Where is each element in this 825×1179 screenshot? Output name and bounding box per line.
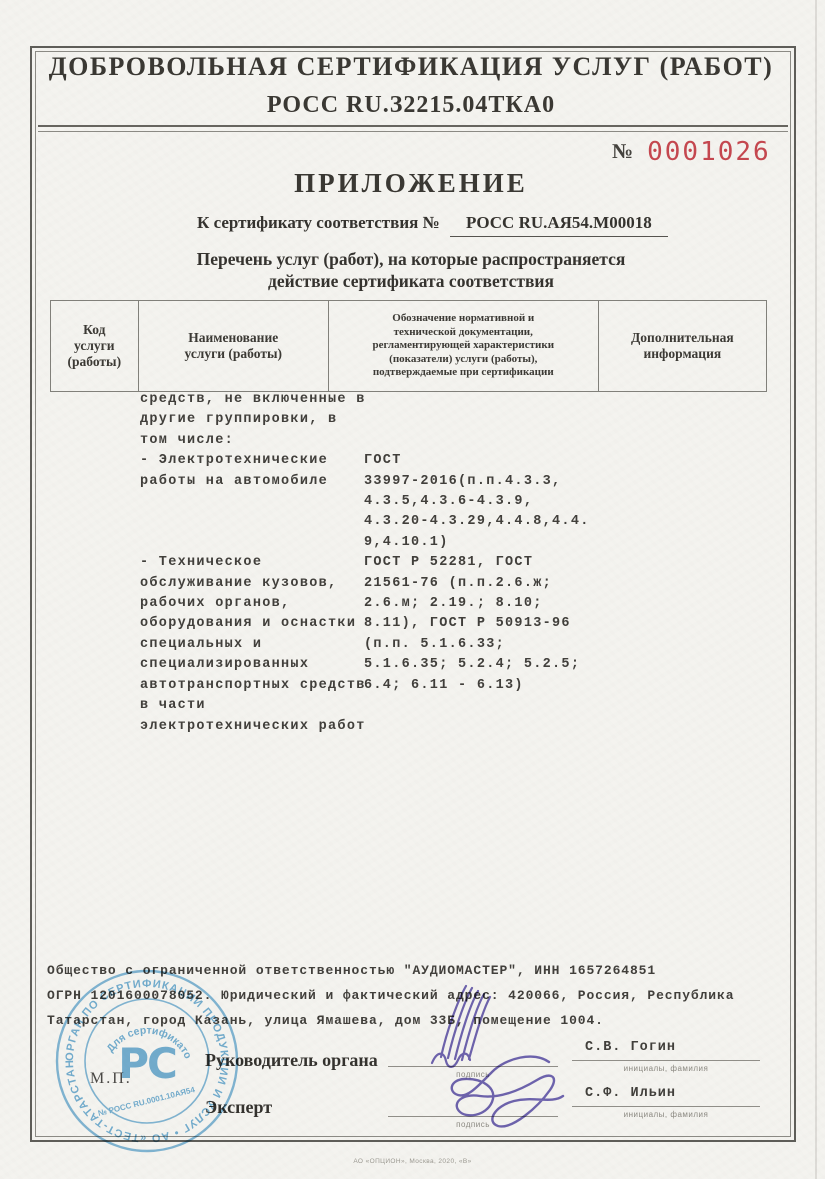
table-col-additional-info: Дополнительная информация — [599, 301, 766, 391]
header-separator-line — [38, 125, 788, 132]
name-line-1 — [572, 1044, 760, 1061]
scheme-title: ДОБРОВОЛЬНАЯ СЕРТИФИКАЦИЯ УСЛУГ (РАБОТ) — [30, 52, 792, 82]
name-caption-1: инициалы, фамилия — [572, 1064, 760, 1073]
certification-stamp-icon: ОРГАН ПО СЕРТИФИКАЦИИ ПРОДУКЦИИ И УСЛУГ … — [52, 966, 242, 1156]
name-caption-2: инициалы, фамилия — [572, 1110, 760, 1119]
signature-line-1 — [388, 1050, 558, 1067]
stamp-rc-logo: РС — [118, 1039, 176, 1088]
document-title: ПРИЛОЖЕНИЕ — [30, 168, 792, 199]
blank-number-digits: 0001026 — [647, 137, 771, 167]
signature-line-2 — [388, 1100, 558, 1117]
table-col-service-code: Код услуги (работы) — [51, 301, 139, 391]
blank-number: № 0001026 — [612, 137, 771, 167]
number-sign: № — [612, 139, 633, 163]
services-table-header: Код услуги (работы) Наименование услуги … — [50, 300, 767, 392]
certificate-reference-line: К сертификату соответствия № РОСС RU.АЯ5… — [197, 213, 668, 237]
form-imprint: АО «ОПЦИОН», Москва, 2020, «В» — [0, 1158, 825, 1165]
signature-caption-2: подпись — [388, 1120, 558, 1129]
name-line-2 — [572, 1090, 760, 1107]
services-list-subtitle: Перечень услуг (работ), на которые распр… — [30, 248, 792, 292]
scan-edge-shadow — [815, 0, 817, 1179]
certificate-appendix-page: ДОБРОВОЛЬНАЯ СЕРТИФИКАЦИЯ УСЛУГ (РАБОТ) … — [0, 0, 825, 1179]
table-col-normative-docs: Обозначение нормативной и технической до… — [329, 301, 599, 391]
certificate-number: РОСС RU.АЯ54.М00018 — [450, 213, 668, 237]
service-names-column: средств, не включенные в другие группиро… — [140, 390, 366, 737]
signature-caption-1: подпись — [388, 1070, 558, 1079]
table-col-service-name: Наименование услуги (работы) — [139, 301, 329, 391]
gost-references-column: ГОСТ 33997-2016(п.п.4.3.3, 4.3.5,4.3.6-4… — [364, 390, 590, 717]
certificate-reference-label: К сертификату соответствия № — [197, 213, 440, 232]
scheme-number: РОСС RU.З2215.04ТКА0 — [30, 92, 792, 119]
